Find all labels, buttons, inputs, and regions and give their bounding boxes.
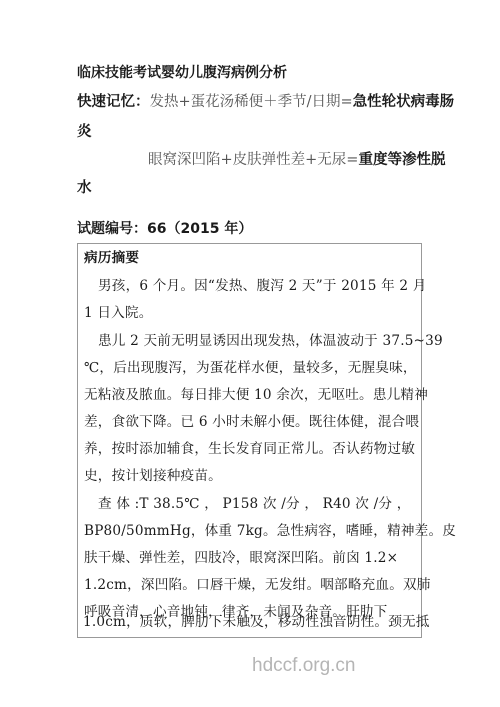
case-line: 男孩，6 个月。因“发热、腹泻 2 天”于 2015 年 2 月 [98, 276, 427, 296]
case-line: 史，按计划接种疫苗。 [84, 466, 222, 486]
case-line: BP80/50mmHg，体重 7kg。急性病容，嗜睡，精神差。皮 [84, 521, 456, 541]
case-line: 查 体 :T 38.5℃ ， P158 次 /分 ， R40 次 /分 ， [98, 494, 411, 514]
document-title: 临床技能考试婴幼儿腹泻病例分析 [77, 63, 287, 83]
quick-memory-diagnosis-1: 急性轮状病毒肠 [353, 94, 455, 110]
quick-memory-line-1-wrap: 炎 [77, 122, 92, 142]
case-line: 1.2cm，深凹陷。口唇干燥，无发绀。咽部略充血。双肺 [84, 575, 431, 595]
case-line: 1.0cm，质软，脾肋下未触及，移动性浊音阴性。颈无抵 [83, 612, 430, 632]
case-line: 养，按时添加辅食，生长发育同正常儿。否认药物过敏 [84, 439, 415, 459]
quick-memory-line-1: 快速记忆：发热+蛋花汤稀便＋季节/日期=急性轮状病毒肠 [77, 92, 454, 112]
case-line: ℃，后出现腹泻，为蛋花样水便，量较多，无腥臭味， [84, 358, 417, 378]
question-number: 试题编号：66（2015 年） [77, 219, 252, 239]
quick-memory-diagnosis-2: 重度等渗性脱 [358, 152, 445, 168]
case-line: 差，食欲下降。已 6 小时未解小便。既往体健，混合喂 [84, 412, 419, 432]
quick-memory-clues-1: 发热+蛋花汤稀便＋季节/日期= [150, 94, 353, 110]
quick-memory-label: 快速记忆： [77, 94, 150, 110]
quick-memory-clues-2: 眼窝深凹陷+皮肤弹性差+无尿= [148, 152, 358, 168]
quick-memory-line-2: 眼窝深凹陷+皮肤弹性差+无尿=重度等渗性脱 [148, 150, 445, 170]
case-line: 无粘液及脓血。每日排大便 10 余次，无呕吐。患儿精神 [84, 385, 428, 405]
watermark: hdccf.org.cn [252, 655, 356, 677]
case-line: 肤干燥、弹性差，四肢冷，眼窝深凹陷。前囟 1.2× [84, 548, 398, 568]
quick-memory-line-2-wrap: 水 [77, 178, 92, 198]
case-summary-heading: 病历摘要 [84, 248, 139, 268]
case-line: 1 日入院。 [84, 303, 153, 323]
case-summary-box: 病历摘要 男孩，6 个月。因“发热、腹泻 2 天”于 2015 年 2 月 1 … [77, 243, 422, 638]
case-line: 患儿 2 天前无明显诱因出现发热，体温波动于 37.5~39 [98, 331, 443, 351]
